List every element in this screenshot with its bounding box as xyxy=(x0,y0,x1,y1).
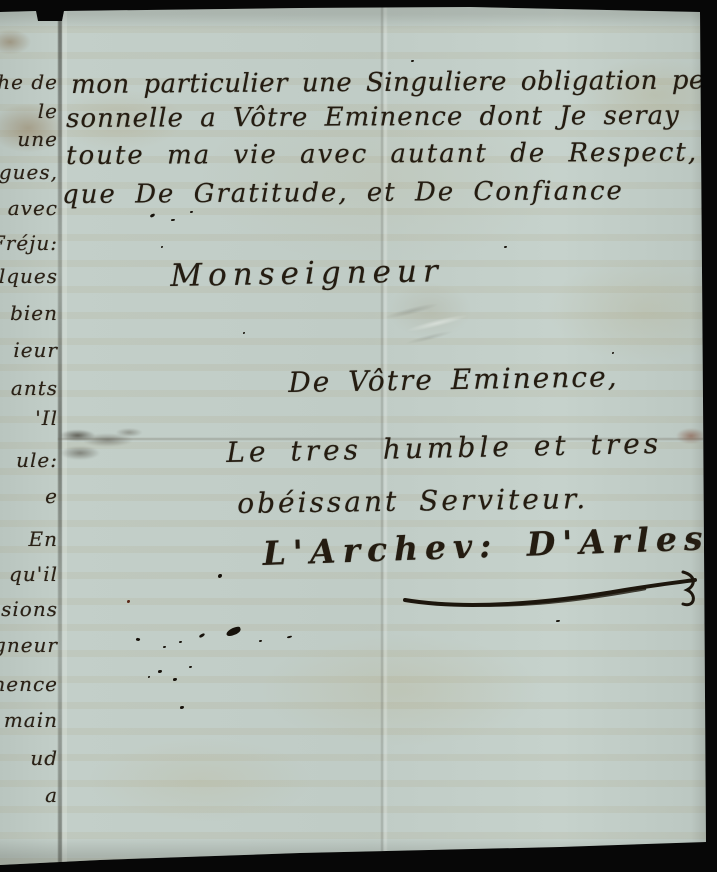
signature-underline-flourish xyxy=(395,570,715,630)
fragment-line: Fréju: xyxy=(0,231,58,255)
fragment-line: le xyxy=(38,99,58,123)
body-line-2: sonnelle a Vôtre Eminence dont Je seray xyxy=(66,101,680,134)
body-line-1: mon particulier une Singuliere obligatio… xyxy=(71,65,717,100)
ink-smudge-right xyxy=(676,428,706,444)
body-line-3: toute ma vie avec autant de Respect, xyxy=(66,138,698,171)
fragment-line: e xyxy=(45,484,58,508)
closing-line-1: De Vôtre Eminence, xyxy=(288,360,619,399)
fragment-line: avec xyxy=(8,196,58,220)
fragment-line: sions xyxy=(1,597,58,621)
fragment-line: ieur xyxy=(13,338,58,362)
fragment-line: 'Il xyxy=(35,406,58,430)
fragment-line: gneur xyxy=(0,633,58,657)
closing-line-3: obéissant Serviteur. xyxy=(237,482,588,520)
fragment-line: a xyxy=(45,783,58,807)
fragment-line: qu'il xyxy=(9,562,58,586)
signature: L'Archev: D'Arles xyxy=(262,518,710,573)
fragment-line: bien xyxy=(10,301,58,325)
fragment-line: ants xyxy=(11,376,58,400)
fragment-line: minence xyxy=(0,672,58,696)
fragment-line: lques xyxy=(0,264,58,288)
ink-smudge-left-2 xyxy=(60,446,100,460)
letter-page: he de le une otegues, avec Fréju: lques … xyxy=(0,0,717,872)
fragment-line: une xyxy=(17,127,58,151)
letter-scan: he de le une otegues, avec Fréju: lques … xyxy=(0,0,717,872)
salutation: Monseigneur xyxy=(170,253,444,294)
fragment-line: ule: xyxy=(16,448,58,472)
fragment-line: he de xyxy=(0,70,58,94)
fragment-line: ud xyxy=(30,746,58,770)
fragment-line: otegues, xyxy=(0,160,58,184)
body-line-4: que De Gratitude, et De Confiance xyxy=(62,176,624,210)
closing-line-2: Le tres humble et tres xyxy=(226,427,662,469)
fragment-line: main xyxy=(4,708,58,732)
fragment-line: En xyxy=(29,527,58,551)
